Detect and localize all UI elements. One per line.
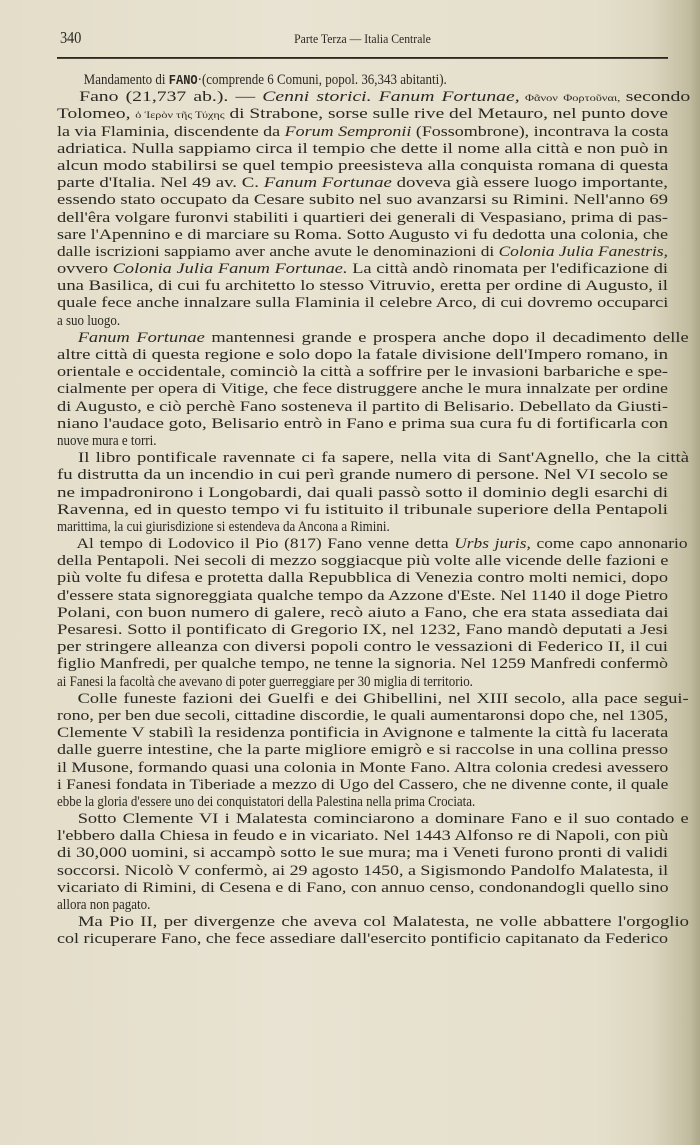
text-line: fu distrutta da un incendio in cui perì … [57,467,668,484]
text-line: niano l'audace goto, Belisario entrò in … [57,416,668,433]
greek-text: Φᾶνον Φορτοῦναι, [520,94,626,104]
text-line: Al tempo di Lodovico il Pio (817) Fano v… [57,536,688,553]
text-line: Ravenna, ed in questo tempo vi fu istitu… [57,502,668,519]
text-line: dalle iscrizioni sappiamo aver anche avu… [57,244,668,261]
page-number: 340 [60,28,81,48]
text-line: nuove mura e torri. [57,433,157,450]
text-line: a suo luogo. [57,313,120,330]
text-line: parte d'Italia. Nel 49 av. C. Fanum Fort… [57,175,668,192]
running-head: Parte Terza — Italia Centrale [88,31,638,47]
text-line: Fano (21,737 ab.). — Cenni storici. Fanu… [57,89,690,106]
header-rule [57,57,668,59]
text-line: Sotto Clemente VI i Malatesta cominciaro… [57,811,689,828]
text-line: Clemente V stabilì la residenza pontific… [57,725,668,742]
text-line: ebbe la gloria d'essere uno dei conquist… [57,794,475,811]
text-line: di Augusto, e ciò perchè Fano sosteneva … [57,399,668,416]
text-line: marittima, la cui giurisdizione si esten… [57,519,390,536]
text-line: soccorsi. Nicolò V confermò, ai 29 agost… [57,863,668,880]
text-line: della Pentapoli. Nei secoli di mezzo sog… [57,553,668,570]
greek-text: ὁ Ἱερὸν τῆς Τύχης [135,111,224,121]
text-line: Il libro pontificale ravennate ci fa sap… [57,450,689,467]
text-line: orientale e occidentale, cominciò la cit… [57,364,668,381]
text-line: quale fece anche innalzare sulla Flamini… [57,295,668,312]
text-line: Pesaresi. Sotto il pontificato di Gregor… [57,622,668,639]
town-name: FANO [169,73,198,89]
text-line: dell'êra volgare furonvi stabiliti i qua… [57,210,668,227]
page-edge-shadow [690,0,700,1145]
text-line: d'essere stata signoreggiata qualche tem… [57,588,668,605]
text-line: sare l'Apennino e di marciare su Roma. S… [57,227,668,244]
book-page: 340 Parte Terza — Italia Centrale Mandam… [0,0,700,1145]
text-line: figlio Manfredi, per qualche tempo, ne t… [57,656,668,673]
text-line: ai Fanesi la facoltà che avevano di pote… [57,674,473,691]
text-line: di 30,000 uomini, si accampò sotto le su… [57,845,668,862]
text-line: più volte fu difesa e protetta dalla Rep… [57,570,668,587]
text-line: Polani, con buon numero di galere, recò … [57,605,668,622]
text-line: l'ebbero dalla Chiesa in feudo e in vica… [57,828,668,845]
text-line: altre città di questa regione e solo dop… [57,347,668,364]
text-line: adriatica. Nulla sappiamo circa il tempi… [57,141,668,158]
text-line: allora non pagato. [57,897,151,914]
text-line: ovvero Colonia Julia Fanum Fortunae. La … [57,261,668,278]
text-line: rono, per ben due secoli, cittadine disc… [57,708,668,725]
text-line: la via Flaminia, discendente da Forum Se… [57,124,668,141]
text-line: i Fanesi fondata in Tiberiade a mezzo di… [57,777,668,794]
text-line: alcun modo stabilirsi se quel tempio pre… [57,158,668,175]
text-line: Colle funeste fazioni dei Guelfi e dei G… [57,691,689,708]
page-header: 340 Parte Terza — Italia Centrale [57,28,668,50]
text-line: Fanum Fortunae mantennesi grande e prosp… [57,330,689,347]
text-line: ne impadronirono i Longobardi, dai quali… [57,485,668,502]
text-line: Ma Pio II, per divergenze che aveva col … [57,914,689,931]
text-line: Tolomeo, ὁ Ἱερὸν τῆς Τύχης di Strabone, … [57,106,668,123]
text-line: una Basilica, di cui fu architetto lo st… [57,278,668,295]
text-line: essendo stato occupato da Cesare subito … [57,192,668,209]
text-line: il Musone, formando quasi una colonia in… [57,760,668,777]
text-line: cialmente per opera di Vitige, che fece … [57,381,668,398]
text-line: dalle guerre intestine, che la parte mig… [57,742,668,759]
body-text: Mandamento di FANO·(comprende 6 Comuni, … [57,72,668,949]
text-line: vicariato di Rimini, di Cesena e di Fano… [57,880,668,897]
text-line: per stringere alleanza con diversi popol… [57,639,668,656]
section-heading: Mandamento di FANO·(comprende 6 Comuni, … [57,72,473,89]
text-line: col ricuperare Fano, che fece assediare … [57,931,668,948]
